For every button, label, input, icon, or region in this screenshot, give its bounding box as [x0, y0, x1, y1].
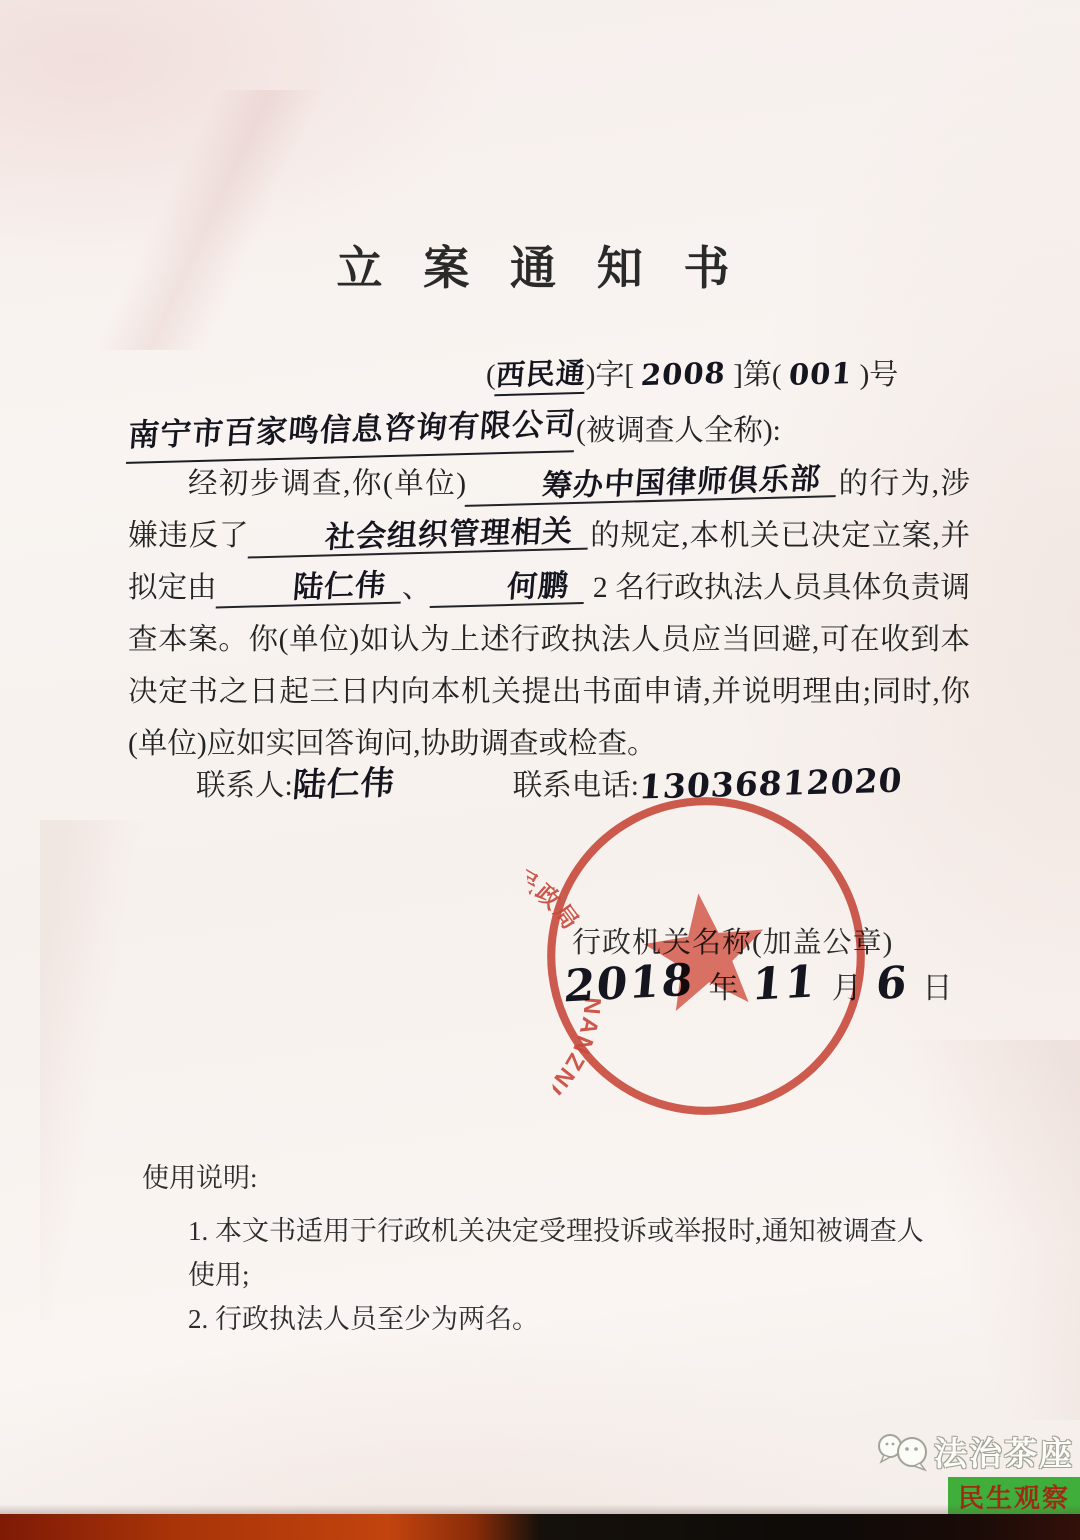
case-number-agency-code-handwritten: 西民通 [494, 351, 587, 396]
addressee-suffix: (被调查人全称): [576, 415, 781, 447]
paper-crease [0, 90, 420, 350]
wechat-icon [876, 1431, 934, 1473]
contact-person-handwritten: 陆仁伟 [291, 757, 397, 807]
stamp-star-icon [639, 886, 772, 1014]
body-paragraph: 经初步调查,你(单位)筹办中国律师俱乐部的行为,涉嫌违反了社会组织管理相关的规定… [128, 458, 970, 770]
document-title: 立 案 通 知 书 [0, 232, 1080, 298]
addressee-company-handwritten: 南宁市百家鸣信息咨询有限公司 [126, 398, 578, 464]
photo-background-strip [0, 1514, 1080, 1540]
paper-edge-shadow [0, 1504, 1080, 1514]
scanned-document: 立 案 通 知 书 (西民通)字[ 2008 ]第( 001 )号 南宁市百家鸣… [0, 0, 1080, 1540]
case-number-close: )号 [860, 359, 899, 391]
body-seg1: 经初步调查,你(单位) [188, 468, 466, 500]
instructions-section: 使用说明: 1. 本文书适用于行政机关决定受理投诉或举报时,通知被调查人使用; … [142, 1156, 942, 1341]
instructions-heading: 使用说明: [142, 1156, 942, 1195]
watermark-row: 法治茶座 [860, 1428, 1074, 1475]
official-seal-stamp: NANZNINGZ SIHYANGHDANGZ GIZ 南宁市西乡塘区民政局 [519, 769, 893, 1143]
blank-unit-name-handwritten: 筹办中国律师俱乐部 [465, 462, 839, 507]
watermark-channel-name: 法治茶座 [934, 1428, 1074, 1475]
instruction-item-2: 2. 行政执法人员至少为两名。 [188, 1297, 942, 1341]
case-number-mid1: )字[ [586, 359, 634, 391]
case-number-mid2: ]第( [733, 359, 781, 391]
blank-officer1-handwritten: 陆仁伟 [215, 569, 403, 609]
case-number-serial-handwritten: 001 [787, 356, 853, 392]
case-number-year-handwritten: 2008 [640, 356, 727, 392]
date-day-unit: 日 [922, 972, 952, 1005]
contact-person-label: 联系人: [196, 762, 293, 804]
blank-officer2-handwritten: 何鹏 [430, 569, 587, 608]
addressee-line: 南宁市百家鸣信息咨询有限公司(被调查人全称): [128, 404, 970, 458]
blank-regulation-handwritten: 社会组织管理相关 [248, 515, 591, 559]
body-text-block: 南宁市百家鸣信息咨询有限公司(被调查人全称): 经初步调查,你(单位)筹办中国律… [128, 404, 970, 770]
body-seg4: 、 [402, 572, 432, 604]
instruction-item-1: 1. 本文书适用于行政机关决定受理投诉或举报时,通知被调查人使用; [188, 1209, 942, 1297]
case-number-line: (西民通)字[ 2008 ]第( 001 )号 [486, 352, 898, 395]
